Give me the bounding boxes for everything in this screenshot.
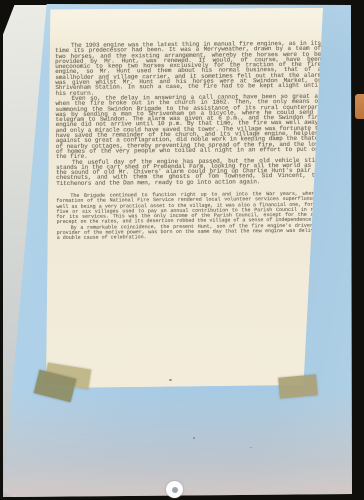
typed-paragraph: The Brigade continued to function right … [56, 192, 328, 226]
orange-edge-tab [355, 94, 364, 119]
hole-reinforcement-ring [166, 481, 183, 498]
typed-paragraph: Even so, the delay in answering a call c… [55, 94, 322, 160]
main-text-block: The 1903 engine was the latest thing in … [55, 41, 322, 186]
typed-paragraph: The 1903 engine was the latest thing in … [55, 41, 321, 96]
tape-piece-bottom-right [278, 374, 318, 398]
typed-paragraph: The useful day of the engine has passed,… [56, 157, 322, 186]
paper-speck [193, 437, 195, 439]
typewritten-page: The 1903 engine was the latest thing in … [46, 8, 324, 388]
typed-text-area: The 1903 engine was the latest thing in … [55, 41, 323, 242]
paper-speck [250, 447, 252, 448]
photo-of-album-page: The 1903 engine was the latest thing in … [0, 0, 364, 500]
typed-paragraph: By a remarkable coincidence, the present… [57, 223, 329, 241]
addendum-text-block: The Brigade continued to function right … [56, 192, 328, 242]
ink-speck [169, 379, 172, 381]
